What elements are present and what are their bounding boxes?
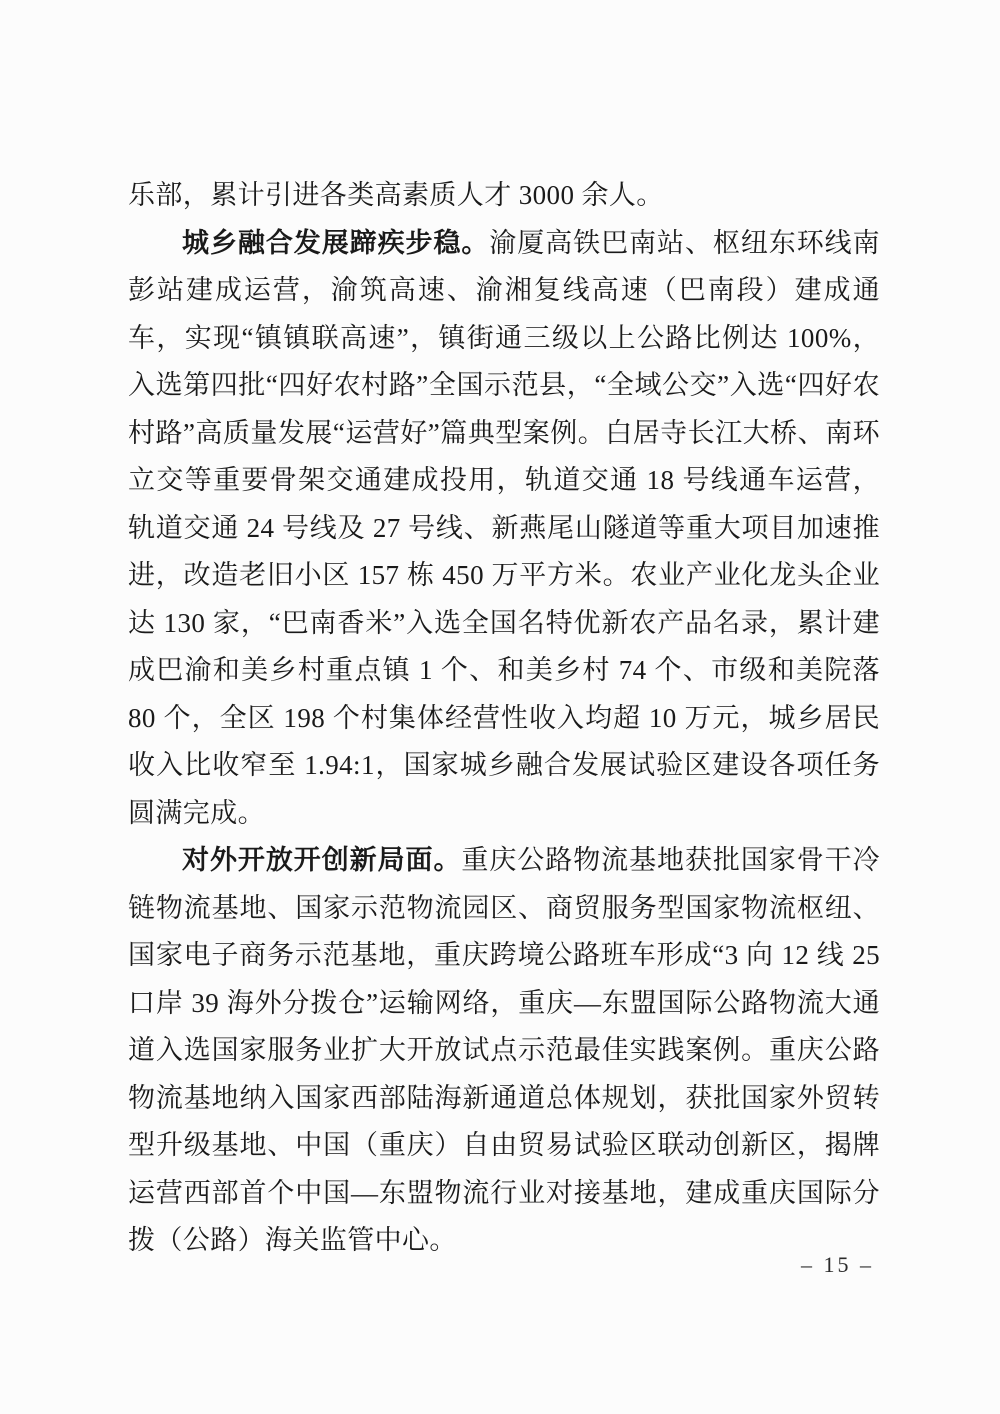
page-number: – 15 –: [801, 1252, 874, 1278]
paragraph-text: 重庆公路物流基地获批国家骨干冷链物流基地、国家示范物流园区、商贸服务型国家物流枢…: [128, 845, 880, 1255]
paragraph-lead: 城乡融合发展蹄疾步稳。: [182, 228, 489, 258]
paragraph-text: 乐部，累计引进各类高素质人才 3000 余人。: [128, 180, 664, 210]
document-body: 乐部，累计引进各类高素质人才 3000 余人。 城乡融合发展蹄疾步稳。渝厦高铁巴…: [128, 172, 880, 1265]
paragraph-urban-rural: 城乡融合发展蹄疾步稳。渝厦高铁巴南站、枢纽东环线南彭站建成运营，渝筑高速、渝湘复…: [128, 220, 880, 838]
paragraph-text: 渝厦高铁巴南站、枢纽东环线南彭站建成运营，渝筑高速、渝湘复线高速（巴南段）建成通…: [128, 228, 880, 828]
paragraph-opening-up: 对外开放开创新局面。重庆公路物流基地获批国家骨干冷链物流基地、国家示范物流园区、…: [128, 837, 880, 1265]
paragraph-lead: 对外开放开创新局面。: [182, 845, 461, 875]
document-page: 乐部，累计引进各类高素质人才 3000 余人。 城乡融合发展蹄疾步稳。渝厦高铁巴…: [0, 0, 1000, 1414]
paragraph-continuation: 乐部，累计引进各类高素质人才 3000 余人。: [128, 172, 880, 220]
